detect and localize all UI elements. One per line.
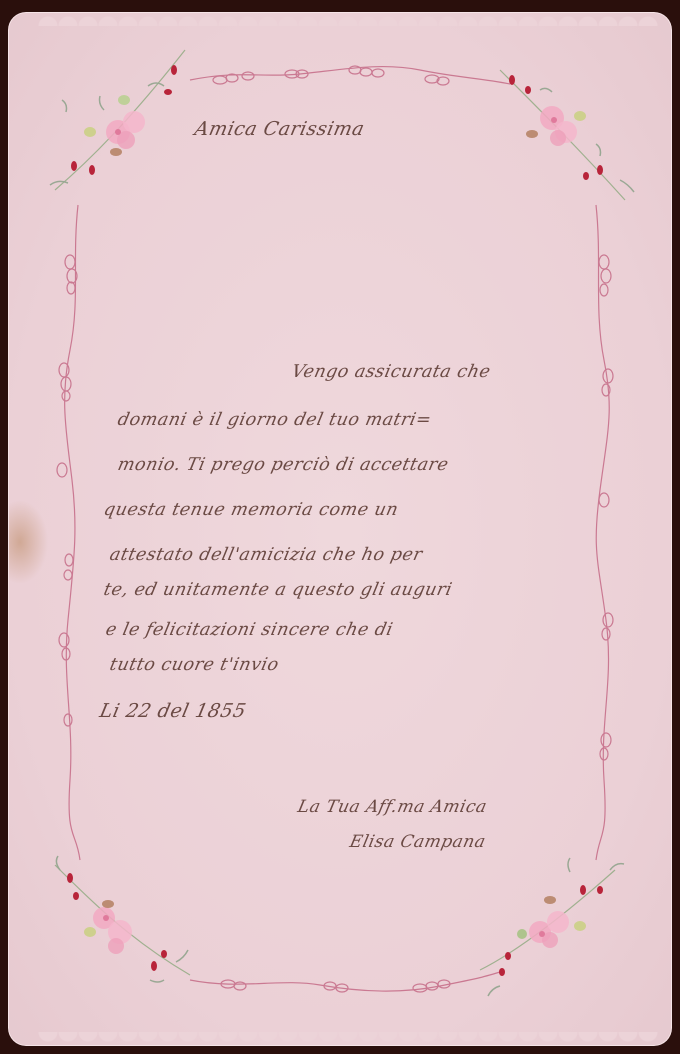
body-line: e le felicitazioni sincere che di	[104, 620, 395, 640]
body-line: te, ed unitamente a questo gli auguri	[102, 580, 454, 600]
decorative-border	[0, 0, 680, 1054]
floral-spray-top-right	[500, 70, 634, 200]
salutation: Amica Carissima	[193, 118, 367, 140]
body-line: Vengo assicurata che	[290, 362, 493, 382]
floral-spray-bottom-left	[55, 856, 190, 982]
body-line: monio. Ti prego perciò di accettare	[116, 455, 451, 475]
letter-date: Li 22 del 1855	[98, 700, 249, 722]
body-line: domani è il giorno del tuo matri=	[116, 410, 434, 430]
closing-line: La Tua Aff.ma Amica	[296, 797, 489, 817]
body-line: questa tenue memoria come un	[102, 500, 400, 520]
body-line: attestato dell'amicizia che ho per	[108, 545, 424, 565]
signature: Elisa Campana	[348, 832, 488, 852]
floral-spray-top-left	[50, 50, 185, 190]
body-line: tutto cuore t'invio	[108, 655, 281, 675]
floral-spray-bottom-right	[480, 858, 624, 996]
